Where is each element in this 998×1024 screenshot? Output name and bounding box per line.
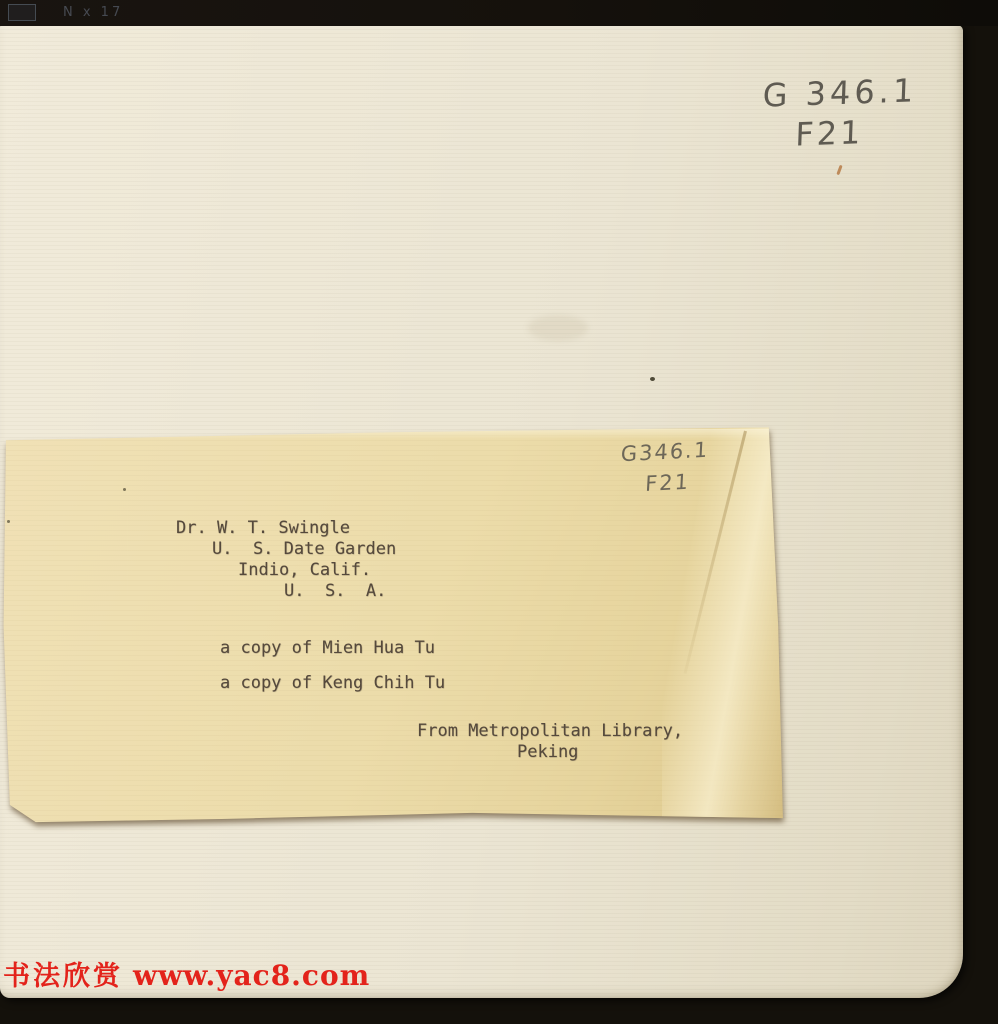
paper-stain [528, 315, 588, 341]
sender-line: From Metropolitan Library, [417, 721, 683, 742]
scan-border-top: N x 17 [0, 0, 998, 26]
pasted-slip: G346.1 F21 Dr. W. T. Swingle U. S. Date … [2, 425, 786, 827]
address-line: U. S. A. [284, 581, 396, 602]
sender-block: From Metropolitan Library, Peking [417, 721, 683, 763]
film-frame-icon [8, 4, 36, 21]
paper-speck [650, 377, 655, 381]
enclosed-items-block: a copy of Mien Hua Tu a copy of Keng Chi… [220, 631, 445, 701]
address-line: Indio, Calif. [238, 560, 396, 581]
paper-speck [123, 488, 126, 491]
item-line: a copy of Keng Chih Tu [220, 666, 445, 701]
watermark-cjk-text: 书法欣赏 [3, 961, 123, 992]
slip-pencil-call-number: G346.1 F21 [618, 435, 710, 502]
slip-call-number-cutter: F21 [644, 466, 708, 500]
scanned-book-cover: N x 17 G 346.1 F21 G346.1 F21 Dr. W. T. … [0, 0, 998, 1024]
slip-call-number-class: G346.1 [620, 435, 710, 471]
address-line: U. S. Date Garden [212, 539, 396, 560]
scan-frame-label: N x 17 [63, 5, 123, 20]
slip-shadow-wrap: G346.1 F21 Dr. W. T. Swingle U. S. Date … [0, 25, 963, 998]
paper-speck [7, 520, 10, 523]
address-line: Dr. W. T. Swingle [176, 518, 396, 539]
item-line: a copy of Mien Hua Tu [220, 631, 445, 666]
site-watermark: 书法欣赏www.yac8.com [3, 954, 370, 993]
sender-city-line: Peking [517, 742, 683, 763]
watermark-url-text: www.yac8.com [133, 959, 370, 992]
book-cover-page: G 346.1 F21 G346.1 F21 Dr. W. T. Swingle… [0, 25, 963, 998]
recipient-address-block: Dr. W. T. Swingle U. S. Date Garden Indi… [176, 518, 396, 602]
